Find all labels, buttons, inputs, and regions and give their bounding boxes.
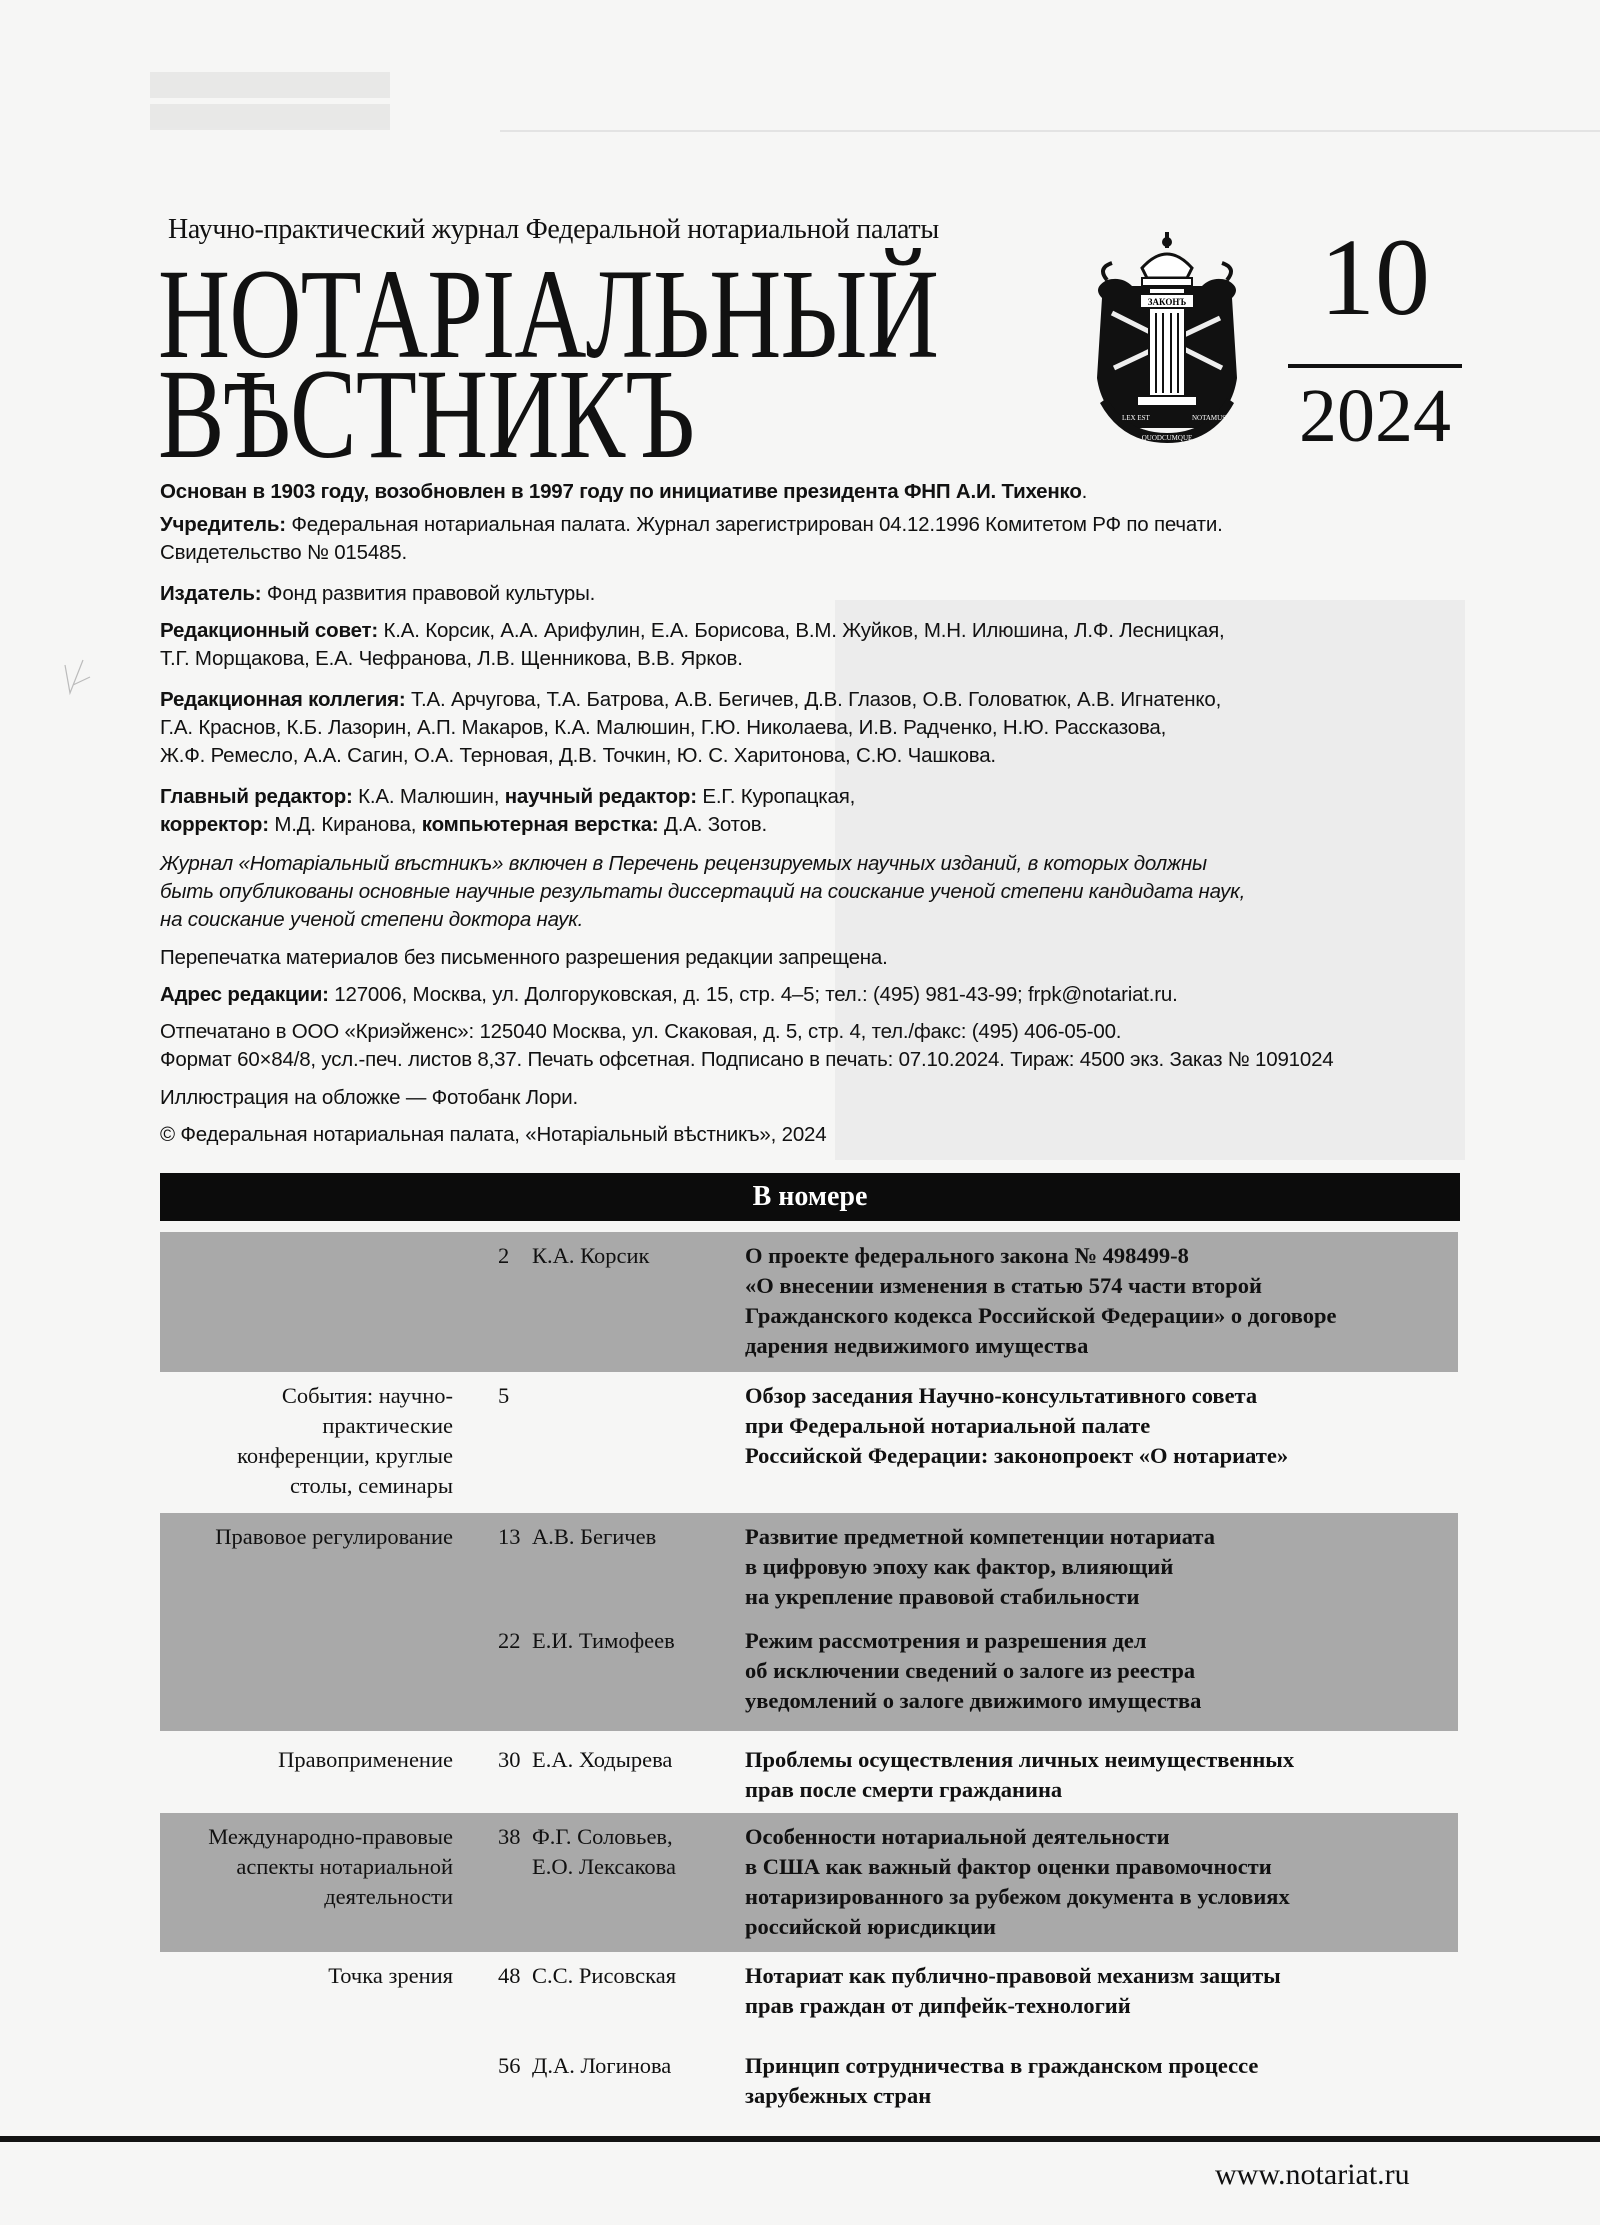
toc-page-number: 5 <box>498 1381 538 1411</box>
printer-line: Отпечатано в ООО «Криэйженс»: 125040 Мос… <box>160 1018 1460 1046</box>
copyright-line: © Федеральная нотариальная палата, «Нота… <box>160 1121 1460 1149</box>
bleed-through-rule <box>500 130 1600 132</box>
toc-section: События: научно-практическиеконференции,… <box>160 1381 453 1501</box>
pencil-mark-icon <box>55 655 95 700</box>
toc-article-title: Проблемы осуществления личных неимуществ… <box>745 1745 1465 1805</box>
website-link[interactable]: www.notariat.ru <box>1215 2158 1410 2192</box>
toc-section: Правоприменение <box>160 1745 453 1775</box>
toc-section: Правовое регулирование <box>160 1522 453 1552</box>
editorial-board: Редакционная коллегия: Т.А. Арчугова, Т.… <box>160 686 1460 714</box>
toc-author: А.В. Бегичев <box>532 1522 732 1552</box>
staff-line: корректор: М.Д. Киранова, компьютерная в… <box>160 811 1460 839</box>
editorial-board-cont2: Ж.Ф. Ремесло, А.А. Сагин, О.А. Терновая,… <box>160 742 1460 770</box>
svg-text:NOTAMUS: NOTAMUS <box>1192 414 1226 422</box>
editorial-council-cont: Т.Г. Морщакова, Е.А. Чефранова, Л.В. Щен… <box>160 645 1460 673</box>
toc-article-title: Принцип сотрудничества в гражданском про… <box>745 2051 1465 2111</box>
founder-line: Учредитель: Федеральная нотариальная пал… <box>160 511 1460 539</box>
illustration-credit: Иллюстрация на обложке — Фотобанк Лори. <box>160 1084 1460 1112</box>
bleed-through-header <box>150 72 390 132</box>
svg-text:LEX EST: LEX EST <box>1122 414 1151 422</box>
format-line: Формат 60×84/8, усл.-печ. листов 8,37. П… <box>160 1046 1460 1074</box>
footer-rule <box>0 2136 1600 2142</box>
toc-heading: В номере <box>160 1173 1460 1221</box>
editors-line: Главный редактор: К.А. Малюшин, научный … <box>160 783 1460 811</box>
certificate-line: Свидетельство № 015485. <box>160 539 1460 567</box>
toc-article-title: О проекте федерального закона № 498499-8… <box>745 1241 1465 1361</box>
toc-article-title: Обзор заседания Научно-консультативного … <box>745 1381 1465 1471</box>
editorial-board-cont: Г.А. Краснов, К.Б. Лазорин, А.П. Макаров… <box>160 714 1460 742</box>
toc-author: Е.И. Тимофеев <box>532 1626 732 1656</box>
toc-article-title: Развитие предметной компетенции нотариат… <box>745 1522 1465 1612</box>
svg-text:ЗАКОНЪ: ЗАКОНЪ <box>1148 297 1187 307</box>
issue-divider <box>1288 364 1462 368</box>
toc-author: К.А. Корсик <box>532 1241 732 1271</box>
toc-header-bar: В номере <box>160 1173 1460 1221</box>
toc-section: Точка зрения <box>160 1961 453 1991</box>
editorial-council: Редакционный совет: К.А. Корсик, А.А. Ар… <box>160 617 1460 645</box>
toc-author: Ф.Г. Соловьев,Е.О. Лексакова <box>532 1822 732 1882</box>
toc-article-title: Режим рассмотрения и разрешения делоб ис… <box>745 1626 1465 1716</box>
journal-title-line2: ВѢСТНИКЪ <box>158 350 694 478</box>
journal-tagline: Научно-практический журнал Федеральной н… <box>168 214 939 246</box>
svg-text:QUODCUMQUE: QUODCUMQUE <box>1142 434 1193 442</box>
toc-article-title: Нотариат как публично-правовой механизм … <box>745 1961 1465 2021</box>
publisher-line: Издатель: Фонд развития правовой культур… <box>160 580 1460 608</box>
reprint-notice: Перепечатка материалов без письменного р… <box>160 944 1460 972</box>
toc-author: С.С. Рисовская <box>532 1961 732 1991</box>
toc-article-title: Особенности нотариальной деятельностив С… <box>745 1822 1465 1942</box>
issue-year: 2024 <box>1290 378 1460 454</box>
toc-author: Д.А. Логинова <box>532 2051 732 2081</box>
issue-number: 10 <box>1290 222 1460 332</box>
address-line: Адрес редакции: 127006, Москва, ул. Долг… <box>160 981 1460 1009</box>
notary-emblem-icon: ЗАКОНЪ LEX EST QUODCUMQUE NOTAMUS <box>1082 228 1252 453</box>
toc-section: Международно-правовыеаспекты нотариально… <box>160 1822 453 1912</box>
founded-line: Основан в 1903 году, возобновлен в 1997 … <box>160 478 1460 506</box>
vak-notice: Журнал «Нотаріальный вѣстникъ» включен в… <box>160 850 1460 934</box>
toc-author: Е.А. Ходырева <box>532 1745 732 1775</box>
